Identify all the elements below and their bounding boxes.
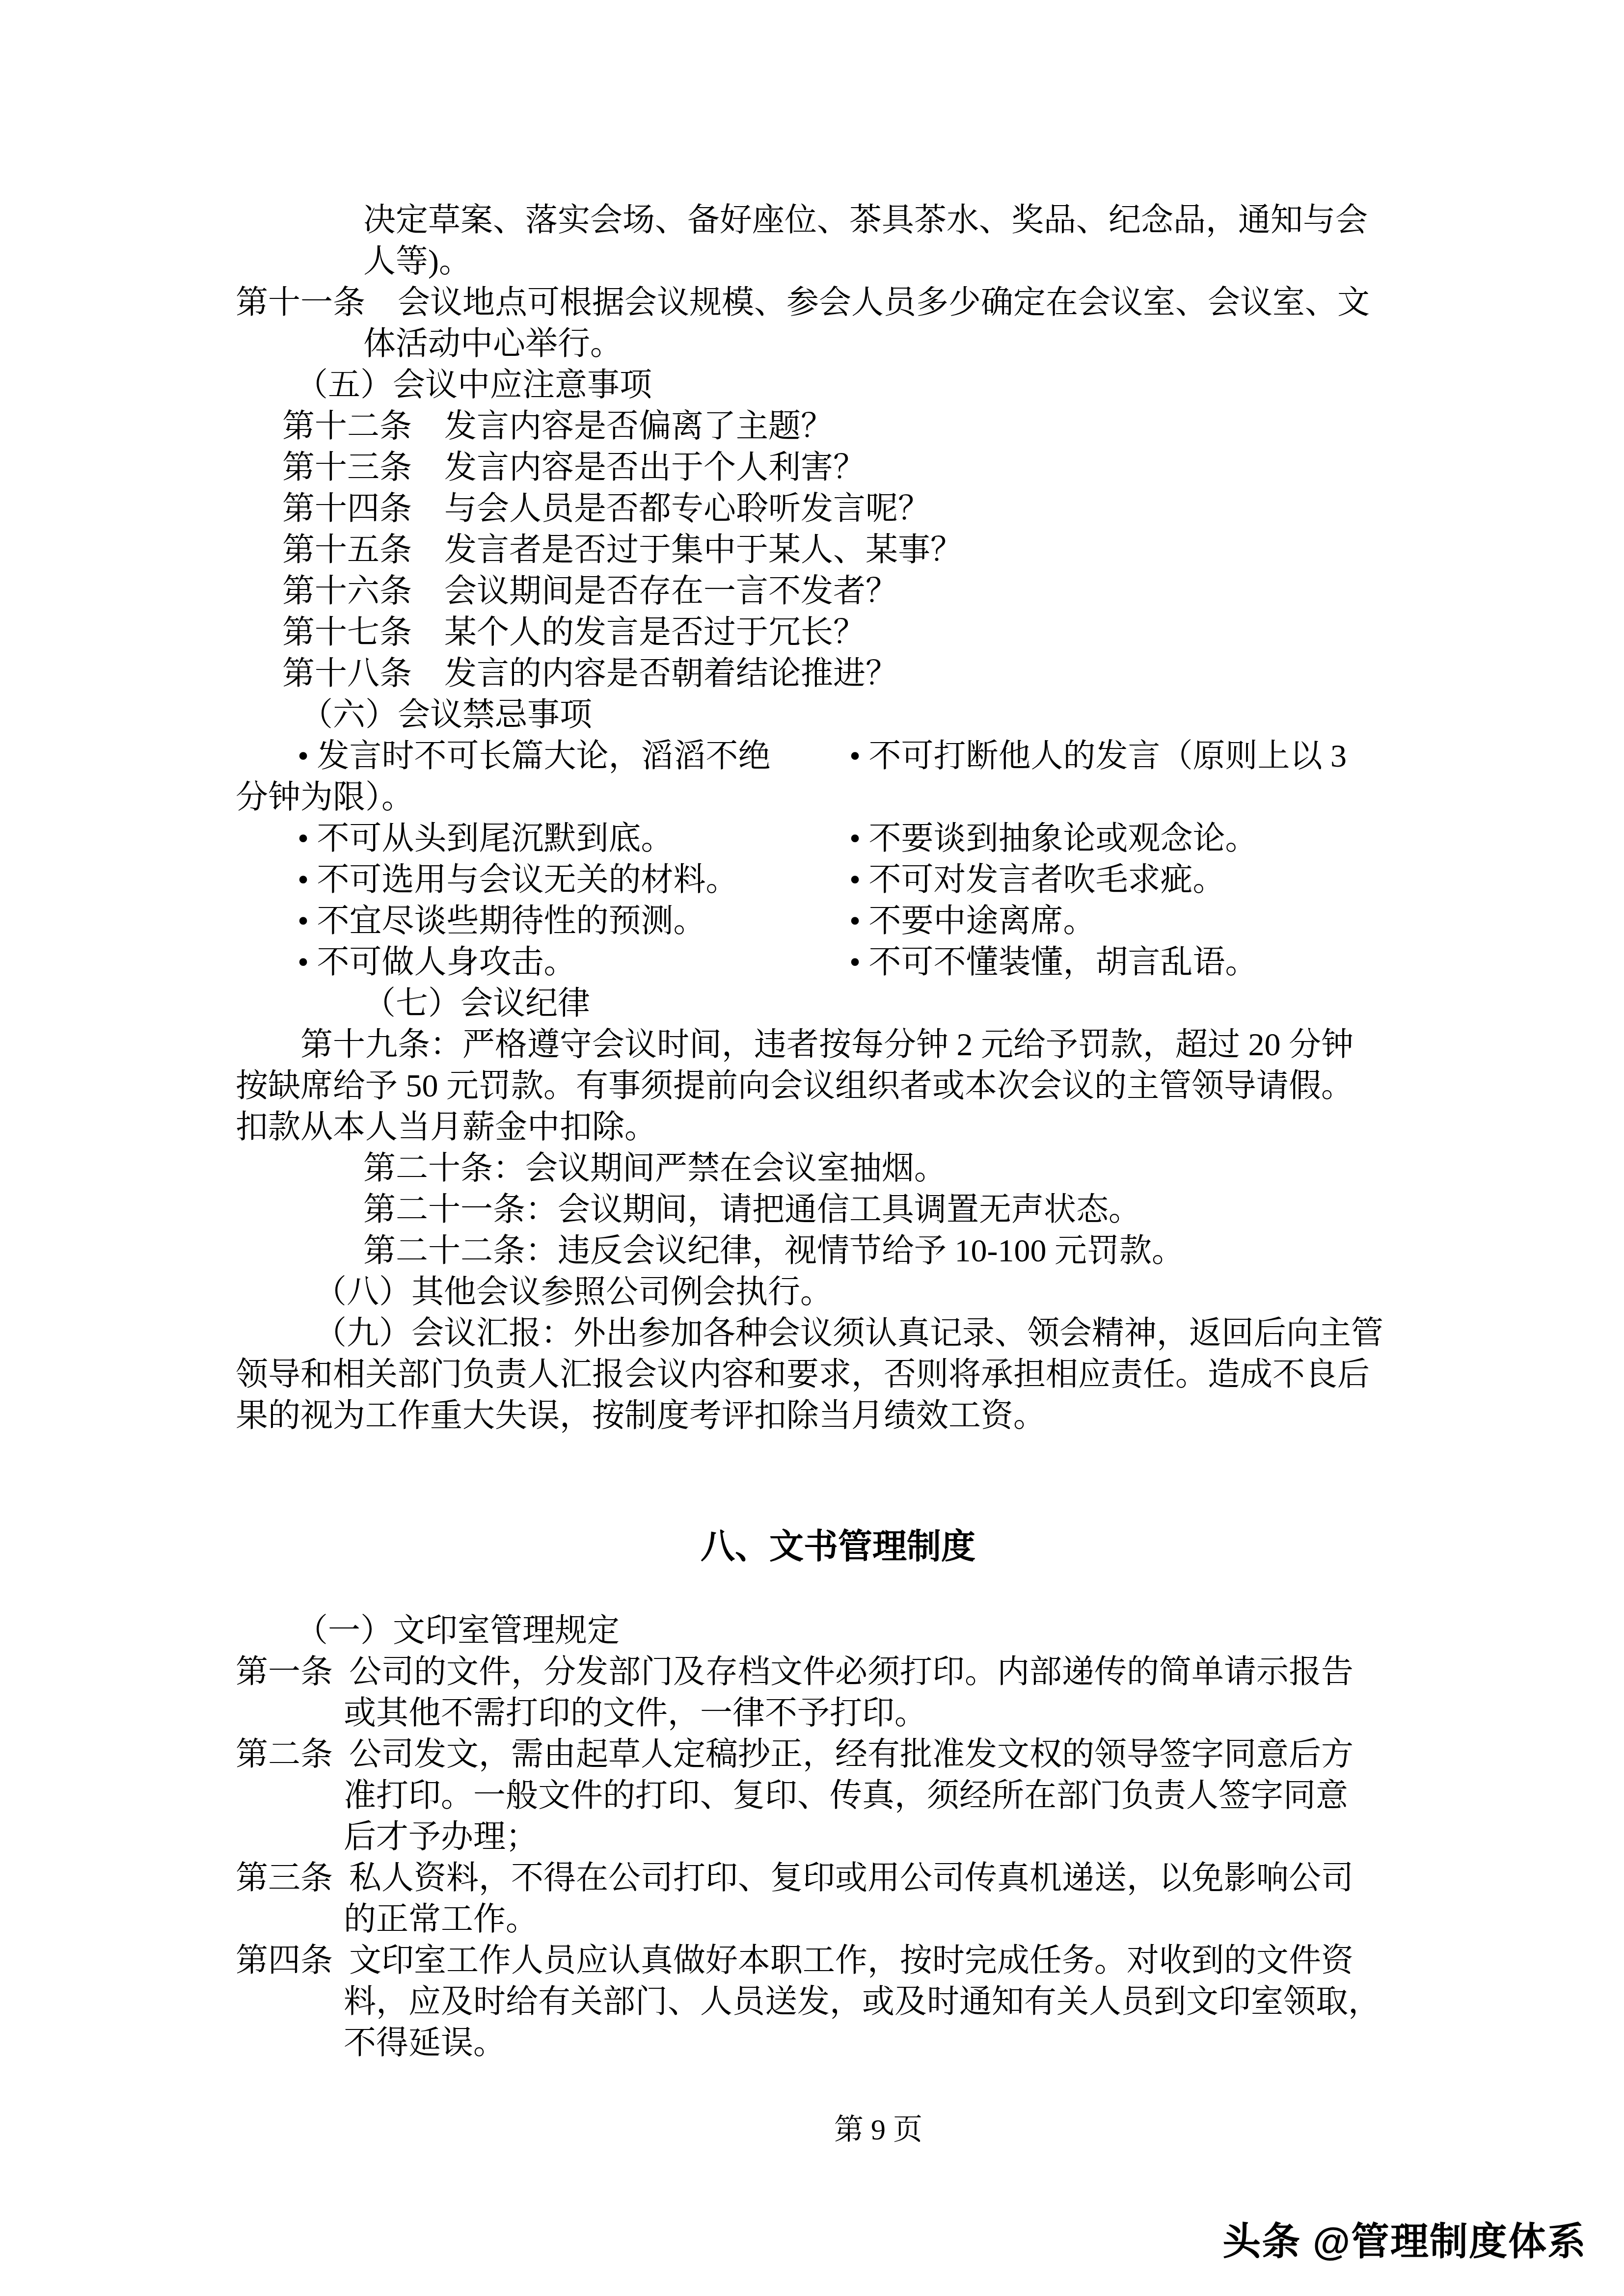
text-line-subsection-1: （一）文印室管理规定 [0,1610,1624,1652]
text-line-article-12: 第十二条 发言内容是否偏离了主题？ [0,406,1624,447]
text-line: 准打印。一般文件的打印、复印、传真，须经所在部门负责人签字同意 [0,1775,1624,1816]
text-line: 人等)。 [0,241,1624,282]
bullet-row: • 不可从头到尾沉默到底。 • 不要谈到抽象论或观念论。 [0,818,1624,859]
bullet-item: • 不要谈到抽象论或观念论。 [849,818,1258,859]
text-line: 决定草案、落实会场、备好座位、茶具茶水、奖品、纪念品，通知与会 [0,200,1624,241]
text-line-article-18: 第十八条 发言的内容是否朝着结论推进？ [0,653,1624,694]
bullet-row: • 不可做人身攻击。 • 不可不懂装懂，胡言乱语。 [0,942,1624,983]
watermark: 头条 @管理制度体系 [1222,2211,1587,2266]
text-line-article-20: 第二十条：会议期间严禁在会议室抽烟。 [0,1148,1624,1189]
page-number: 第 9 页 [0,2109,1624,2150]
bullet-row: • 发言时不可长篇大论，滔滔不绝 • 不可打断他人的发言（原则上以 3 [0,736,1624,777]
bullet-item: • 不宜尽谈些期待性的预测。 [298,901,706,942]
text-line: 按缺席给予 50 元罚款。有事须提前向会议组织者或本次会议的主管领导请假。 [0,1066,1624,1107]
text-line-article-22: 第二十二条：违反会议纪律，视情节给予 10-100 元罚款。 [0,1230,1624,1272]
text-line-article-16: 第十六条 会议期间是否存在一言不发者？ [0,571,1624,612]
bullet-item: • 不可做人身攻击。 [298,942,576,983]
text-line-section-5: （五）会议中应注意事项 [0,365,1624,406]
section-heading: 八、文书管理制度 [0,1524,1624,1569]
document-page: 决定草案、落实会场、备好座位、茶具茶水、奖品、纪念品，通知与会 人等)。 第十一… [0,0,1624,2296]
bullet-item: • 不可对发言者吹毛求疵。 [849,859,1225,901]
text-line-article-3: 第三条 私人资料，不得在公司打印、复印或用公司传真机递送，以免影响公司 [0,1858,1624,1899]
text-line: 分钟为限）。 [0,777,1624,818]
text-line-section-8: （八）其他会议参照公司例会执行。 [0,1272,1624,1313]
text-line-article-21: 第二十一条：会议期间，请把通信工具调置无声状态。 [0,1189,1624,1230]
text-line-section-7: （七）会议纪律 [0,983,1624,1024]
text-line-article-4: 第四条 文印室工作人员应认真做好本职工作，按时完成任务。对收到的文件资 [0,1940,1624,1981]
text-line-article-17: 第十七条 某个人的发言是否过于冗长？ [0,612,1624,653]
text-line: 或其他不需打印的文件，一律不予打印。 [0,1693,1624,1734]
bullet-item: • 不可打断他人的发言（原则上以 3 [849,736,1347,777]
text-line: 体活动中心举行。 [0,323,1624,365]
text-line: 料，应及时给有关部门、人员送发，或及时通知有关人员到文印室领取， [0,1981,1624,2023]
text-line-article-19: 第十九条：严格遵守会议时间，违者按每分钟 2 元给予罚款，超过 20 分钟 [0,1024,1624,1066]
text-line-article-2: 第二条 公司发文，需由起草人定稿抄正，经有批准发文权的领导签字同意后方 [0,1734,1624,1775]
text-line-article-11: 第十一条 会议地点可根据会议规模、参会人员多少确定在会议室、会议室、文 [0,282,1624,323]
bullet-row: • 不宜尽谈些期待性的预测。 • 不要中途离席。 [0,901,1624,942]
bullet-item: • 不可从头到尾沉默到底。 [298,818,674,859]
text-line-article-15: 第十五条 发言者是否过于集中于某人、某事？ [0,530,1624,571]
text-line-section-6: （六）会议禁忌事项 [0,694,1624,736]
text-line: 的正常工作。 [0,1899,1624,1940]
document-content: 决定草案、落实会场、备好座位、茶具茶水、奖品、纪念品，通知与会 人等)。 第十一… [0,0,1624,2150]
text-line: 领导和相关部门负责人汇报会议内容和要求，否则将承担相应责任。造成不良后 [0,1354,1624,1395]
bullet-item: • 发言时不可长篇大论，滔滔不绝 [298,736,771,777]
text-line-article-1: 第一条 公司的文件，分发部门及存档文件必须打印。内部递传的简单请示报告 [0,1652,1624,1693]
text-line: 不得延误。 [0,2023,1624,2064]
text-line-article-13: 第十三条 发言内容是否出于个人利害？ [0,447,1624,488]
bullet-row: • 不可选用与会议无关的材料。 • 不可对发言者吹毛求疵。 [0,859,1624,901]
bullet-item: • 不可选用与会议无关的材料。 [298,859,738,901]
text-line: 扣款从本人当月薪金中扣除。 [0,1107,1624,1148]
text-line: 果的视为工作重大失误，按制度考评扣除当月绩效工资。 [0,1395,1624,1437]
text-line-section-9: （九）会议汇报：外出参加各种会议须认真记录、领会精神，返回后向主管 [0,1313,1624,1354]
text-line-article-14: 第十四条 与会人员是否都专心聆听发言呢？ [0,488,1624,530]
text-line: 后才予办理； [0,1816,1624,1858]
bullet-item: • 不要中途离席。 [849,901,1096,942]
bullet-item: • 不可不懂装懂，胡言乱语。 [849,942,1258,983]
